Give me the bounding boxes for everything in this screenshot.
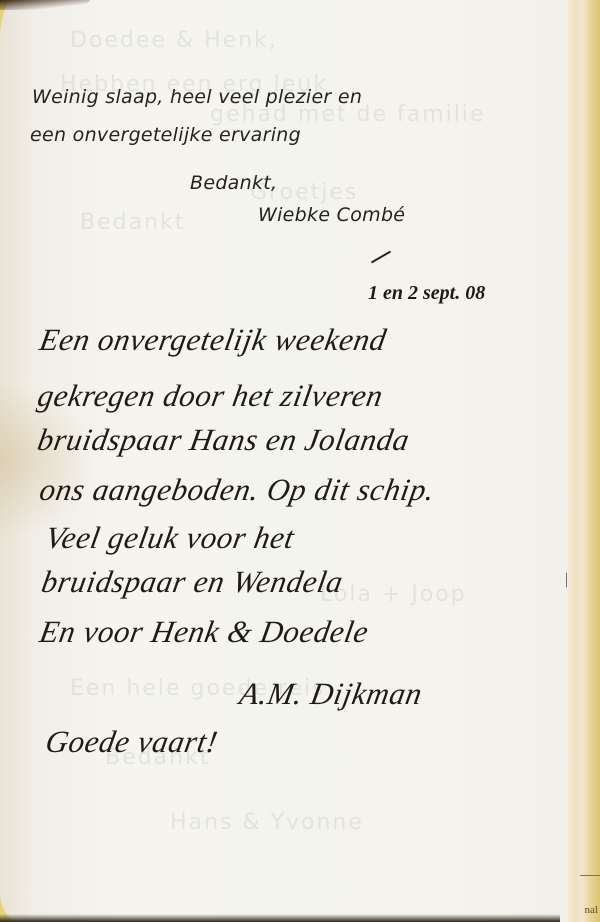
entry-2-signature: A.M. Dijkman (237, 676, 425, 712)
bleed-through-line: Doedee & Henk, (70, 28, 278, 53)
entry-1-line: een onvergetelijke ervaring (30, 124, 301, 146)
entry-2-line: bruidspaar Hans en Jolanda (35, 422, 413, 458)
entry-1-line: Weinig slaap, heel veel plezier en (32, 86, 362, 108)
entry-2-line: En voor Henk & Doedele (37, 614, 372, 650)
bleed-through-line: Hans & Yvonne (170, 810, 364, 835)
guestbook-page: Doedee & Henk, Hebben een erg leuk gehad… (0, 0, 566, 922)
entry-2-line: bruidspaar en Wendela (39, 564, 346, 600)
page-bottom-shadow (0, 914, 560, 922)
entry-2-date: 1 en 2 sept. 08 (368, 282, 485, 305)
separator-stroke (371, 251, 391, 264)
spine-line (580, 875, 600, 876)
entry-2-line: Een onvergetelijk weekend (37, 322, 389, 358)
entry-1-closing: Bedankt, (190, 172, 277, 194)
scanned-page: nal Doedee & Henk, Hebben een erg leuk g… (0, 0, 600, 922)
entry-2-line: gekregen door het zilveren (35, 378, 386, 414)
entry-2-line: Veel geluk voor het (43, 520, 297, 556)
entry-2-line: ons aangeboden. Op dit schip. (37, 472, 438, 508)
page-corner-shadow (0, 0, 90, 10)
bleed-through-line: Bedankt (80, 210, 185, 235)
entry-2-farewell: Goede vaart! (43, 724, 221, 760)
entry-1-signature: Wiebke Combé (258, 204, 405, 226)
label-fragment: nal (585, 904, 598, 916)
